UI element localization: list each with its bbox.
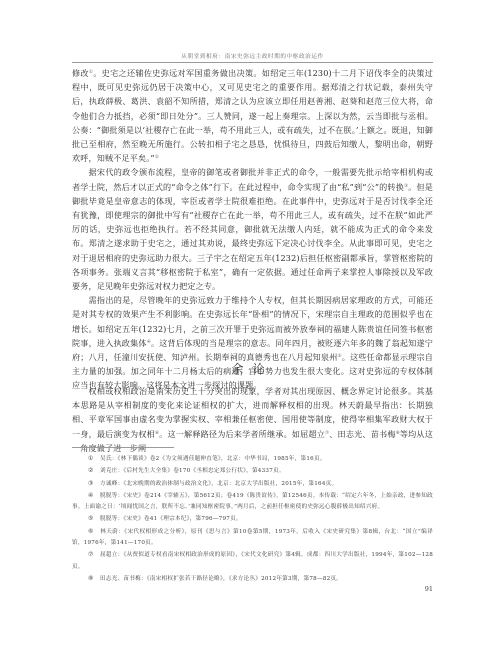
footnote-item: ① 吴氏：《林下偶谈》卷2《为文须遇佳题伸直笔》，北京：中华书局，1985年，第… xyxy=(72,453,433,465)
footnote-number: ⑧ xyxy=(88,573,98,584)
footnote-number: ① xyxy=(88,453,98,464)
footnote-marker[interactable]: ② xyxy=(155,155,159,160)
footnote-text: 吴氏：《林下偶谈》卷2《为文须遇佳题伸直笔》，北京：中华书局，1985年，第16… xyxy=(100,456,326,462)
body-paragraph: 修改①。史宅之还辅佐史弥远对军国重务做出决策。如绍定三年(1230)十二月下诏伐… xyxy=(72,66,433,165)
body-paragraph: 据宋代的政令颁布流程，皇帝的御笔或者御批并非正式的命令，一般需要先批示给宰相机构… xyxy=(72,165,433,293)
footnote-number: ② xyxy=(88,465,98,476)
footnote-text: 脱脱等：《宋史》卷214《宰辅五》，第5612页；卷419《陈贵谊传》，第125… xyxy=(72,493,433,510)
footnote-item: ② 刘克庄：《后村先生大全集》卷170《丞相忠定郑公行状》，第4337页。 xyxy=(72,465,433,477)
footnote-item: ③ 方诚峰：《北宋晚期的政治体制与政治文化》，北京：北京大学出版社，2015年，… xyxy=(72,478,433,490)
footnote-item: ⑥ 林天蔚：《宋代权相形成之分析》，原刊《思与言》第10卷第5期，1973年。后… xyxy=(72,526,433,550)
footnote-text: 方诚峰：《北宋晚期的政治体制与政治文化》，北京：北京大学出版社，2015年，第1… xyxy=(100,481,337,487)
footnote-item: ④ 脱脱等：《宋史》卷214《宰辅五》，第5612页；卷419《陈贵谊传》，第1… xyxy=(72,490,433,514)
section-heading: 余论 xyxy=(72,361,433,377)
closing-section-body: 权相或权相政治是南宋历史上十分突出的现象，学者对其出现原因、概念界定讨论很多。其… xyxy=(72,384,433,455)
footnote-item: ⑦ 屈超立：《从贾似道专权看南宋权相政治形成的原因》，《宋代文化研究》第4辑，成… xyxy=(72,549,433,573)
body-paragraph: 权相或权相政治是南宋历史上十分突出的现象，学者对其出现原因、概念界定讨论很多。其… xyxy=(72,384,433,455)
footnote-item: ⑧ 田志光、苗书梅：《南宋相权扩张若干路径论略》，《求方论丛》2012年第3期，… xyxy=(72,573,433,585)
footnote-text: 林天蔚：《宋代权相形成之分析》，原刊《思与言》第10卷第5期，1973年。后收入… xyxy=(72,529,433,546)
document-page: 从朝堂到相府：南宋史弥远主政时期的中枢政治运作 修改①。史宅之还辅佐史弥远对军国… xyxy=(72,0,433,647)
footnote-marker[interactable]: ③ xyxy=(404,184,408,189)
footnote-text: 田志光、苗书梅：《南宋相权扩张若干路径论略》，《求方论丛》2012年第3期，第7… xyxy=(100,576,342,582)
footnote-number: ⑥ xyxy=(88,526,98,537)
footnote-number: ④ xyxy=(88,490,98,501)
body-paragraph: 需指出的是，尽管晚年的史弥远致力于维持个人专权，但其长期因病居家理政的方式，可能… xyxy=(72,293,433,392)
footnote-number: ③ xyxy=(88,478,98,489)
header-divider xyxy=(72,62,433,63)
footnotes: ① 吴氏：《林下偶谈》卷2《为文须遇佳题伸直笔》，北京：中华书局，1985年，第… xyxy=(72,453,433,585)
footnote-divider xyxy=(72,447,174,448)
footnote-marker[interactable]: ① xyxy=(89,70,93,75)
footnote-marker[interactable]: ⑤ xyxy=(338,354,342,359)
footnote-number: ⑤ xyxy=(88,513,98,524)
main-body: 修改①。史宅之还辅佐史弥远对军国重务做出决策。如绍定三年(1230)十二月下诏伐… xyxy=(72,66,433,393)
footnote-marker[interactable]: ⑧ xyxy=(396,431,400,436)
footnote-text: 脱脱等：《宋史》卷41《理宗本纪》，第796—797页。 xyxy=(100,516,242,522)
footnote-text: 屈超立：《从贾似道专权看南宋权相政治形成的原因》，《宋代文化研究》第4辑，成都：… xyxy=(72,552,433,569)
footnote-text: 刘克庄：《后村先生大全集》卷170《丞相忠定郑公行状》，第4337页。 xyxy=(100,468,285,474)
footnote-item: ⑤ 脱脱等：《宋史》卷41《理宗本纪》，第796—797页。 xyxy=(72,513,433,525)
running-header: 从朝堂到相府：南宋史弥远主政时期的中枢政治运作 xyxy=(72,53,433,61)
footnote-number: ⑦ xyxy=(88,549,98,560)
footnote-marker[interactable]: ⑦ xyxy=(325,431,329,436)
footnote-marker[interactable]: ④ xyxy=(147,340,151,345)
footnote-marker[interactable]: ⑥ xyxy=(155,431,159,436)
page-number: 91 xyxy=(425,585,433,593)
